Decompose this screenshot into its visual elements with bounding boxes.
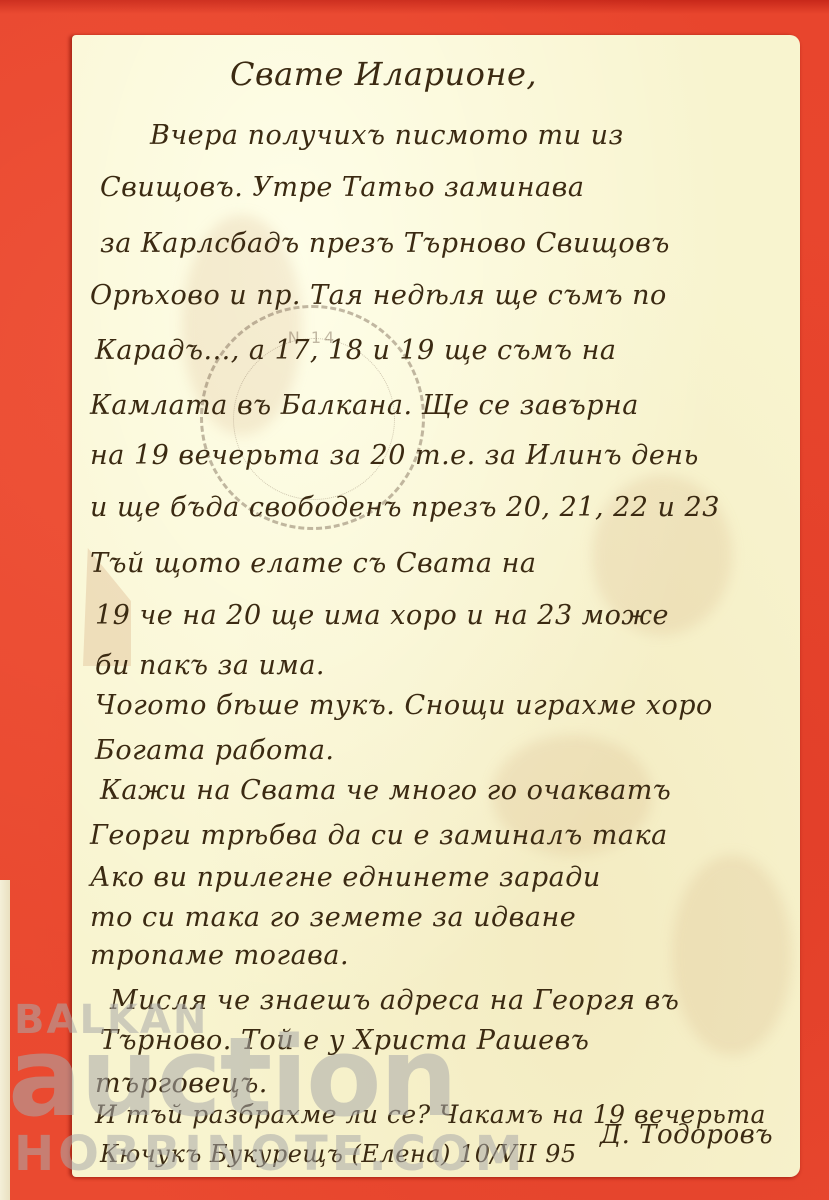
letter-line: Вчера получихъ писмото ти из: [150, 120, 624, 151]
letter-line: Мисля че знаешъ адреса на Георгя въ: [110, 985, 679, 1016]
letter-line: Камлата въ Балкана. Ще се завърна: [90, 390, 639, 421]
letter-line: би пакъ за има.: [95, 650, 325, 681]
letter-line: Богата работа.: [95, 735, 335, 766]
letter-line: то си така го земете за идване: [90, 902, 576, 933]
place-and-date: Кючукъ Букурещъ (Елена) 10/VII 95: [100, 1140, 577, 1168]
letter-line: и ще бъда свободенъ презъ 20, 21, 22 и 2…: [90, 492, 720, 523]
letter-line: Георги трѣбва да си е заминалъ така: [90, 820, 668, 851]
letter-line: Кажи на Свата че много го очакватъ: [100, 775, 671, 806]
letter-line: Орѣхово и пр. Тая недѣля ще съмъ по: [90, 280, 667, 311]
letter-line: тропаме тогава.: [90, 940, 349, 971]
letter-line: Свищовъ. Утре Татьо заминава: [100, 172, 584, 203]
paper-stain: [672, 855, 792, 1055]
letter-line: на 19 вечерьта за 20 т.е. за Илинъ день: [90, 440, 699, 471]
greeting: Свате Иларионе,: [230, 55, 537, 93]
letter-line: Карадъ..., а 17, 18 и 19 ще съмъ на: [95, 335, 617, 366]
letter-line: Чогото бѣше тукъ. Снощи играхме хоро: [95, 690, 713, 721]
letter-line: търговецъ.: [95, 1068, 268, 1099]
left-paper-strip: [0, 880, 10, 1200]
letter-line: за Карлсбадъ презъ Търново Свищовъ: [100, 228, 670, 259]
letter-line: 19 че на 20 ще има хоро и на 23 може: [95, 600, 669, 631]
letter-line: Тъй щото елате съ Свата на: [90, 548, 536, 579]
letter-line: Търново. Той е у Христа Рашевъ: [100, 1025, 589, 1056]
signature: Д. Тодоровъ: [600, 1120, 773, 1150]
letter-line: Ако ви прилегне еднинете заради: [90, 862, 601, 893]
